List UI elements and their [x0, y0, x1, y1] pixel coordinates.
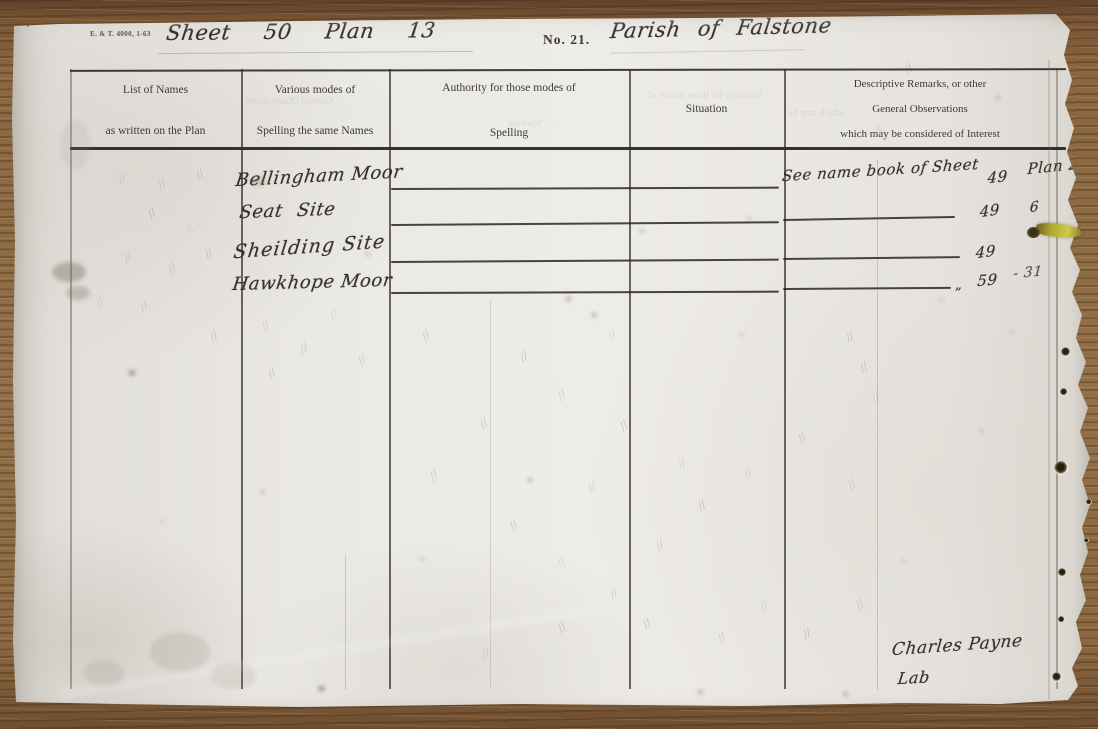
- header-line: Authority for those modes of: [442, 82, 576, 95]
- row-blank-rule: [391, 291, 779, 294]
- remark-sheet-number: 49: [987, 167, 1008, 187]
- header-line: as written on the Plan: [106, 125, 206, 138]
- entry-name: Hawkhope Moor: [231, 270, 393, 295]
- header-line: Descriptive Remarks, or other: [854, 78, 987, 90]
- ghost-showthrough-text: Authority for those modes of: [648, 90, 764, 101]
- wormhole: [1060, 388, 1068, 396]
- remark-sheet-number: 49: [975, 242, 996, 263]
- column-header-spelling-modes: Various modes of Spelling the same Names: [243, 84, 387, 138]
- ghost-showthrough-text: Spelling: [508, 118, 541, 129]
- wormhole: [1052, 672, 1062, 682]
- wormhole: [1084, 538, 1089, 543]
- ghost-showthrough-text: General Observations: [246, 96, 333, 107]
- debris-dark-spot: [1027, 227, 1040, 238]
- parish-underline: [610, 49, 805, 53]
- bottom-fold-sheen: [58, 604, 612, 698]
- right-edge-fold: [1048, 60, 1050, 700]
- remark-sheet-number: 49: [980, 200, 1000, 221]
- row-blank-rule: [391, 259, 779, 263]
- remark-ditto-mark: „: [955, 278, 962, 293]
- header-line: Spelling: [490, 127, 528, 140]
- row-blank-rule: [391, 221, 779, 226]
- wormhole: [1058, 616, 1065, 623]
- header-line: General Observations: [872, 103, 968, 115]
- header-line: Spelling the same Names: [257, 125, 374, 138]
- paper-crease: [877, 160, 878, 690]
- wormhole: [1054, 461, 1069, 475]
- header-line: List of Names: [123, 84, 188, 97]
- ledger-page-paper: ✗ 106 E. & T. 4000, 1-63 Sheet 50 Plan 1…: [0, 0, 1098, 729]
- column-header-names: List of Names as written on the Plan: [72, 84, 239, 138]
- column-divider-3: [629, 69, 631, 689]
- header-line: which may be considered of Interest: [840, 128, 1000, 140]
- header-line: Various modes of: [275, 84, 356, 97]
- remark-text: See name book of Sheet: [781, 155, 979, 185]
- column-divider-4: [784, 69, 786, 689]
- remark-sheet-number: 59: [977, 270, 998, 290]
- remark-extra: - 31: [1013, 263, 1043, 282]
- form-number-label: No. 21.: [543, 32, 590, 48]
- table-header-bottom-rule: [70, 147, 1066, 150]
- remark-extra: Plan 26: [1027, 154, 1089, 179]
- signature-name: Charles Payne: [891, 631, 1024, 660]
- pencil-page-number: ✗ 106: [23, 4, 72, 31]
- entry-name: Seat Site: [238, 199, 337, 223]
- sheet-plan-underline: [158, 51, 473, 54]
- photographed-ledger-page: ✗ 106 E. & T. 4000, 1-63 Sheet 50 Plan 1…: [0, 0, 1098, 729]
- wormhole: [1061, 347, 1071, 357]
- column-divider-1: [241, 69, 243, 689]
- top-edge-sheen: [20, 18, 1050, 26]
- ghost-showthrough-text: which may be: [788, 108, 844, 119]
- header-line: Situation: [686, 103, 728, 116]
- paper-crease: [345, 555, 346, 690]
- paper-crease: [490, 300, 491, 690]
- signature-occupation: Lab: [897, 667, 932, 688]
- column-header-situation: Situation: [631, 76, 782, 142]
- form-imprint: E. & T. 4000, 1-63: [90, 30, 151, 38]
- remark-ditto-rule: [783, 256, 960, 260]
- row-blank-rule: [391, 187, 779, 190]
- entry-name: Sheilding Site: [232, 230, 386, 263]
- remark-ditto-rule: [783, 216, 955, 221]
- remark-extra: 6: [1030, 199, 1040, 217]
- remark-ditto-rule: [783, 287, 951, 290]
- wormhole: [1058, 568, 1067, 577]
- column-header-authority: Authority for those modes of Spelling: [391, 82, 627, 140]
- wormhole: [1086, 499, 1092, 505]
- table-top-rule: [70, 68, 1066, 72]
